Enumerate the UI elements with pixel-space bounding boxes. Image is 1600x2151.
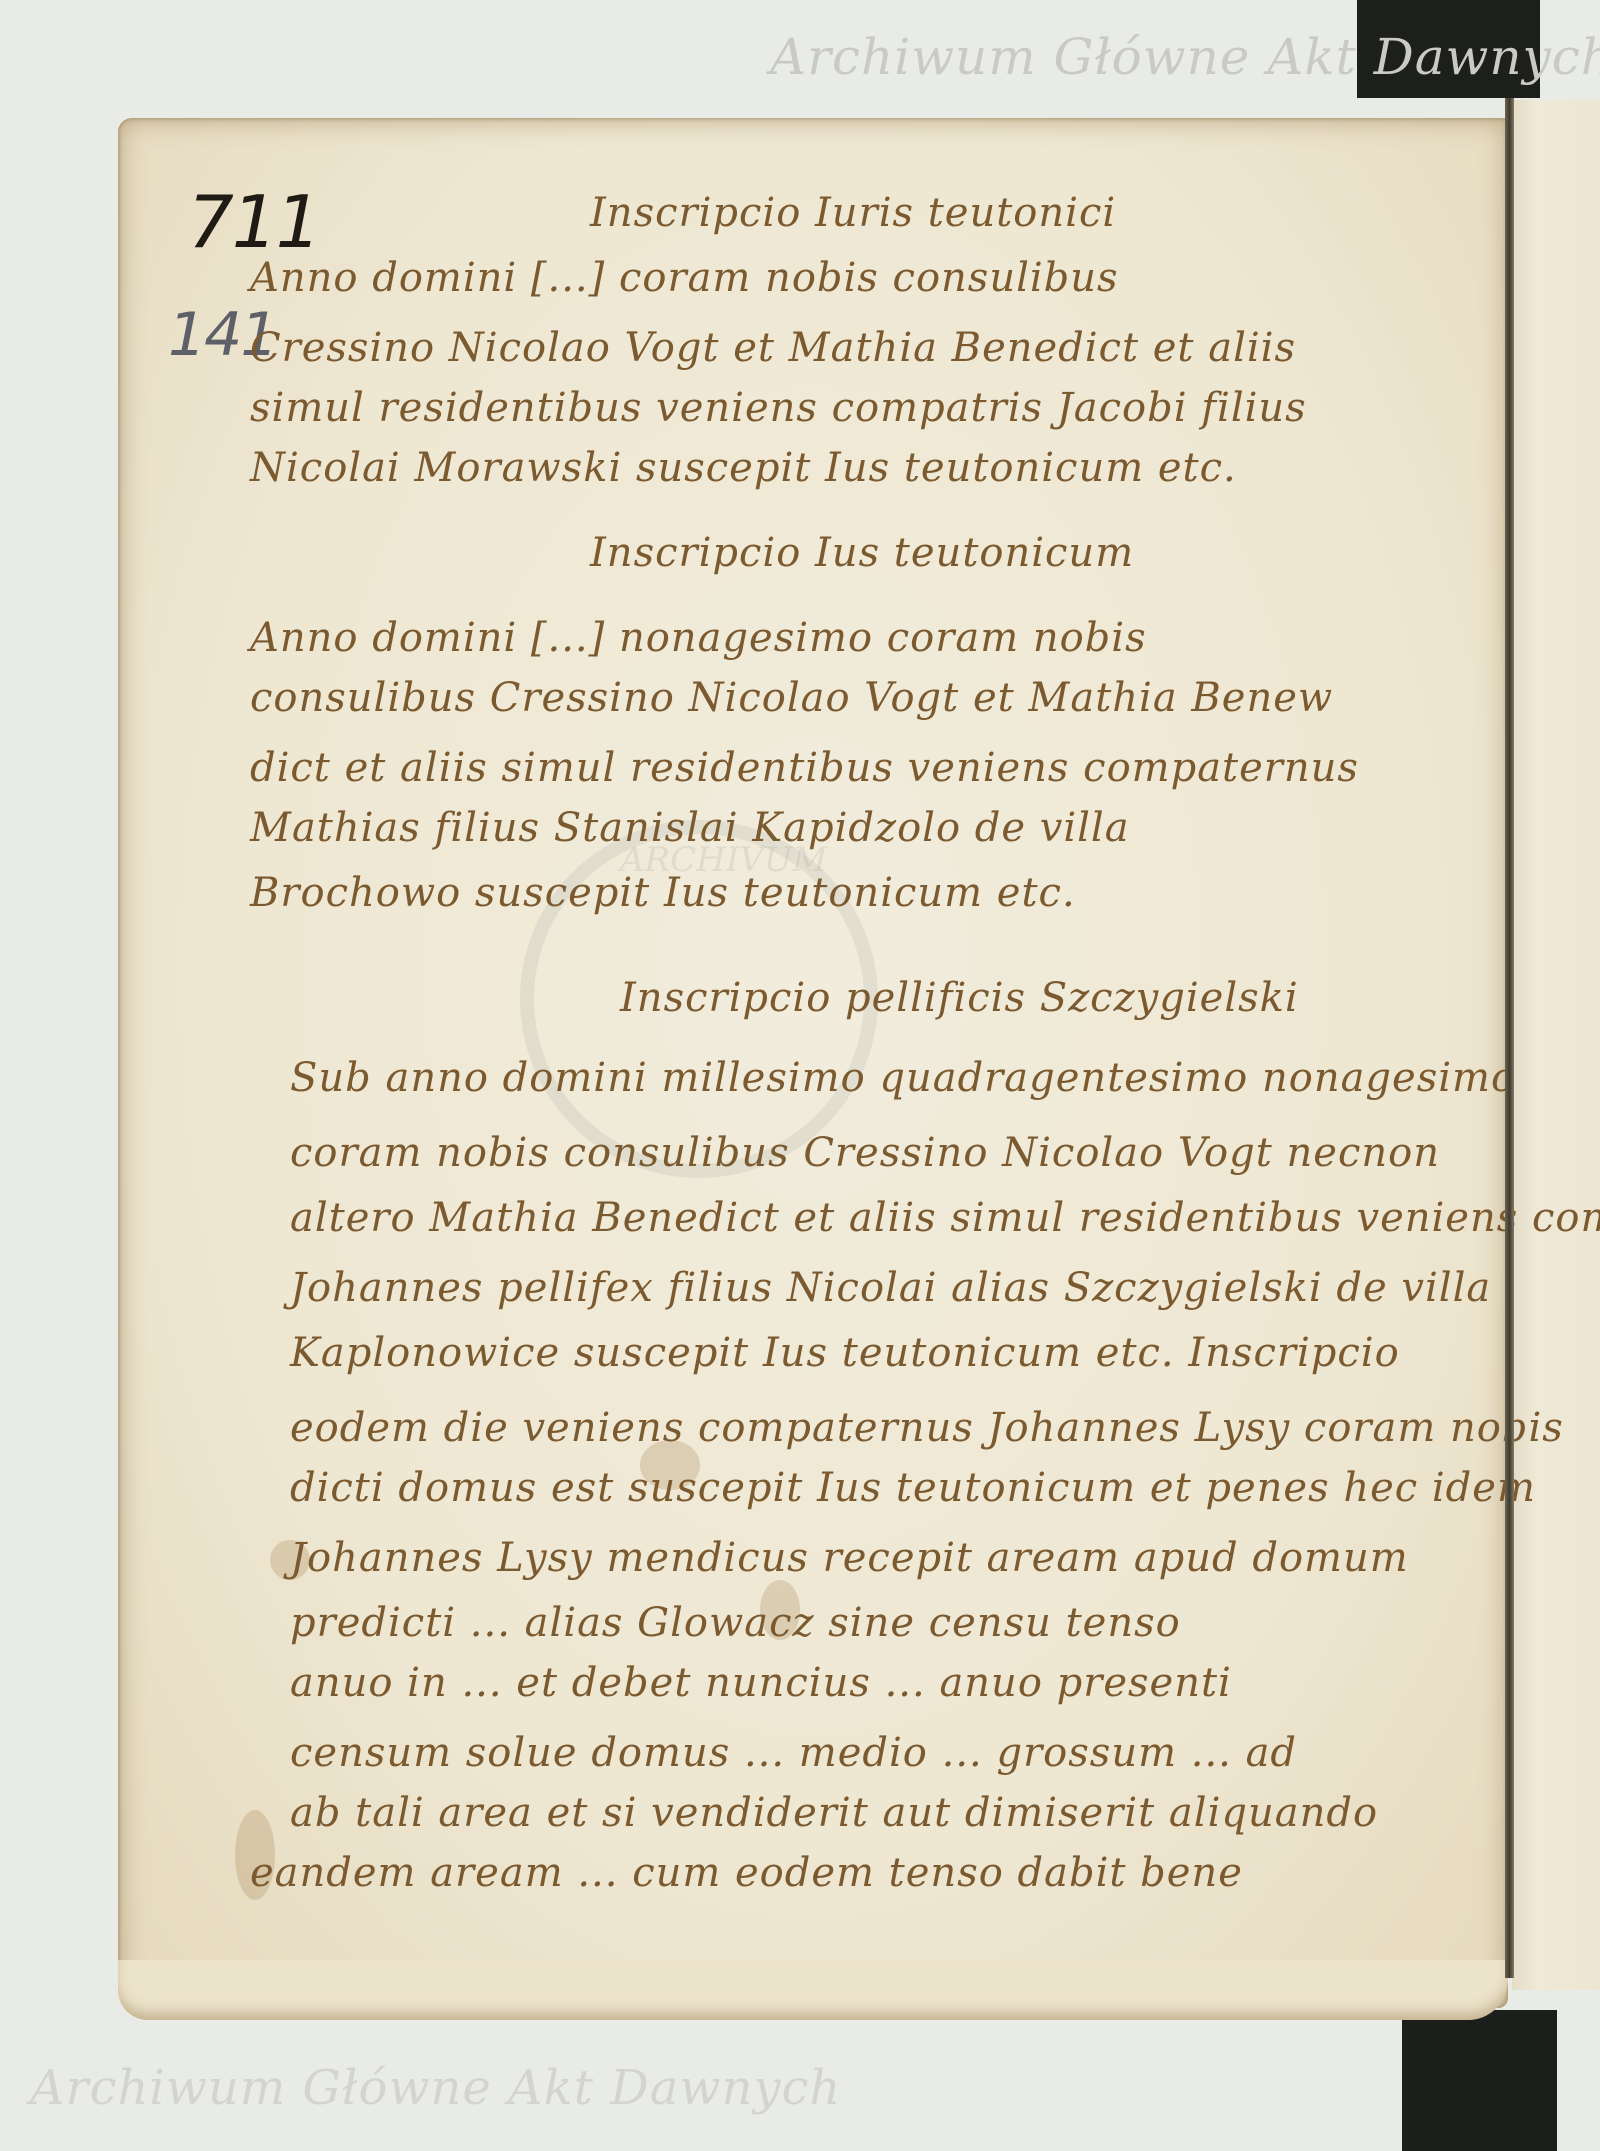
- text-line: altero Mathia Benedict et aliis simul re…: [290, 1195, 1600, 1241]
- text-line: eodem die veniens compaternus Johannes L…: [290, 1405, 1564, 1451]
- entry-heading: Inscripcio Ius teutonicum: [590, 530, 1134, 576]
- archive-watermark-bottom: Archiwum Główne Akt Dawnych: [30, 2060, 841, 2116]
- text-line: dicti domus est suscepit Ius teutonicum …: [290, 1465, 1536, 1511]
- text-line: Kaplonowice suscepit Ius teutonicum etc.…: [290, 1330, 1400, 1376]
- folio-number: 711: [188, 180, 319, 264]
- text-line: consulibus Cressino Nicolao Vogt et Math…: [250, 675, 1333, 721]
- text-line: predicti ... alias Glowacz sine censu te…: [290, 1600, 1181, 1646]
- text-line: Johannes pellifex filius Nicolai alias S…: [290, 1265, 1491, 1311]
- text-line: dict et aliis simul residentibus veniens…: [250, 745, 1359, 791]
- text-line: eandem aream ... cum eodem tenso dabit b…: [250, 1850, 1243, 1896]
- text-line: coram nobis consulibus Cressino Nicolao …: [290, 1130, 1440, 1176]
- text-line: Anno domini [...] nonagesimo coram nobis: [250, 615, 1147, 661]
- text-line: Johannes Lysy mendicus recepit aream apu…: [290, 1535, 1409, 1581]
- page-gutter: [1505, 98, 1514, 1978]
- text-line: anuo in ... et debet nuncius ... anuo pr…: [290, 1660, 1232, 1706]
- text-line: simul residentibus veniens compatris Jac…: [250, 385, 1307, 431]
- entry-heading: Inscripcio pellificis Szczygielski: [620, 975, 1299, 1021]
- adjacent-page: [1512, 100, 1600, 1990]
- text-line: Nicolai Morawski suscepit Ius teutonicum…: [250, 445, 1237, 491]
- archive-watermark-top: Archiwum Główne Akt Dawnych: [770, 28, 1600, 86]
- text-line: ab tali area et si vendiderit aut dimise…: [290, 1790, 1378, 1836]
- binding-strip-bottom: [1402, 2010, 1557, 2151]
- text-line: Cressino Nicolao Vogt et Mathia Benedict…: [250, 325, 1296, 371]
- page-torn-edge: [118, 1960, 1508, 2020]
- text-line: censum solue domus ... medio ... grossum…: [290, 1730, 1297, 1776]
- text-line: Brochowo suscepit Ius teutonicum etc.: [250, 870, 1076, 916]
- entry-heading: Inscripcio Iuris teutonici: [590, 190, 1116, 236]
- text-line: Mathias filius Stanislai Kapidzolo de vi…: [250, 805, 1130, 851]
- text-line: Sub anno domini millesimo quadragentesim…: [290, 1055, 1516, 1101]
- text-line: Anno domini [...] coram nobis consulibus: [250, 255, 1119, 301]
